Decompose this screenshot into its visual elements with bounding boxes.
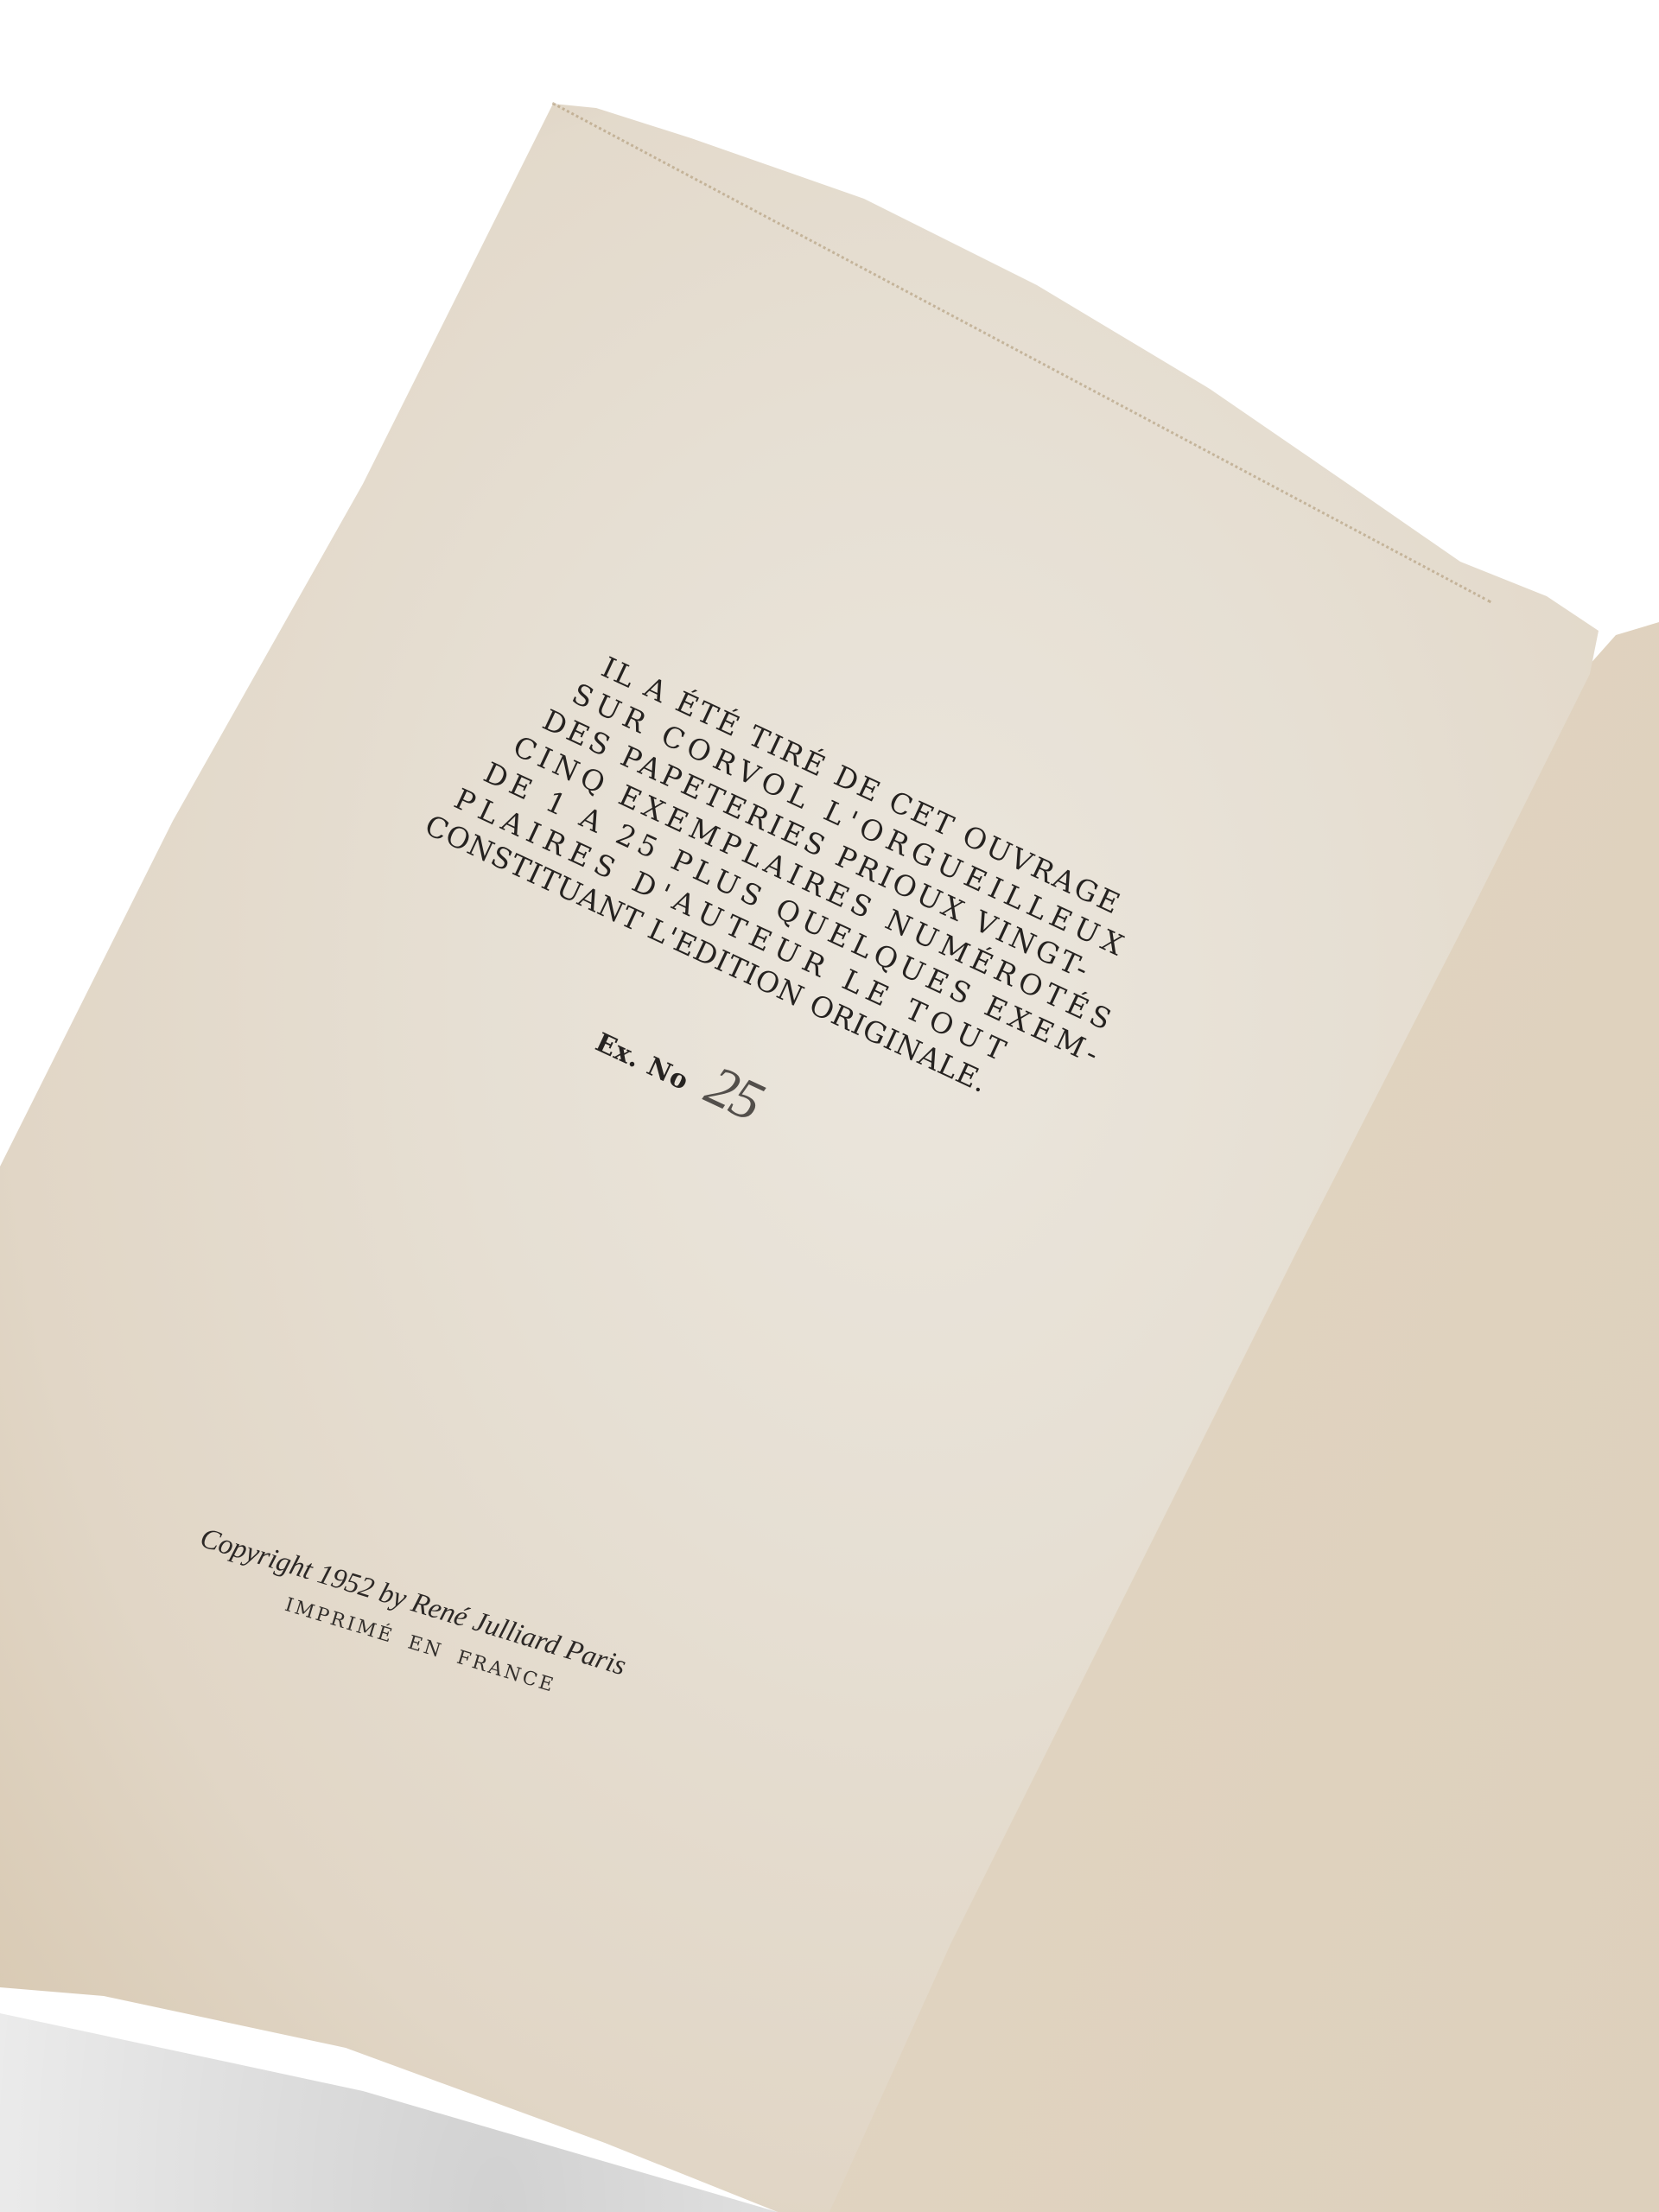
book-photo: IL A ÉTÉ TIRÉ DE CET OUVRAGE SUR CORVOL … [0, 0, 1659, 2212]
